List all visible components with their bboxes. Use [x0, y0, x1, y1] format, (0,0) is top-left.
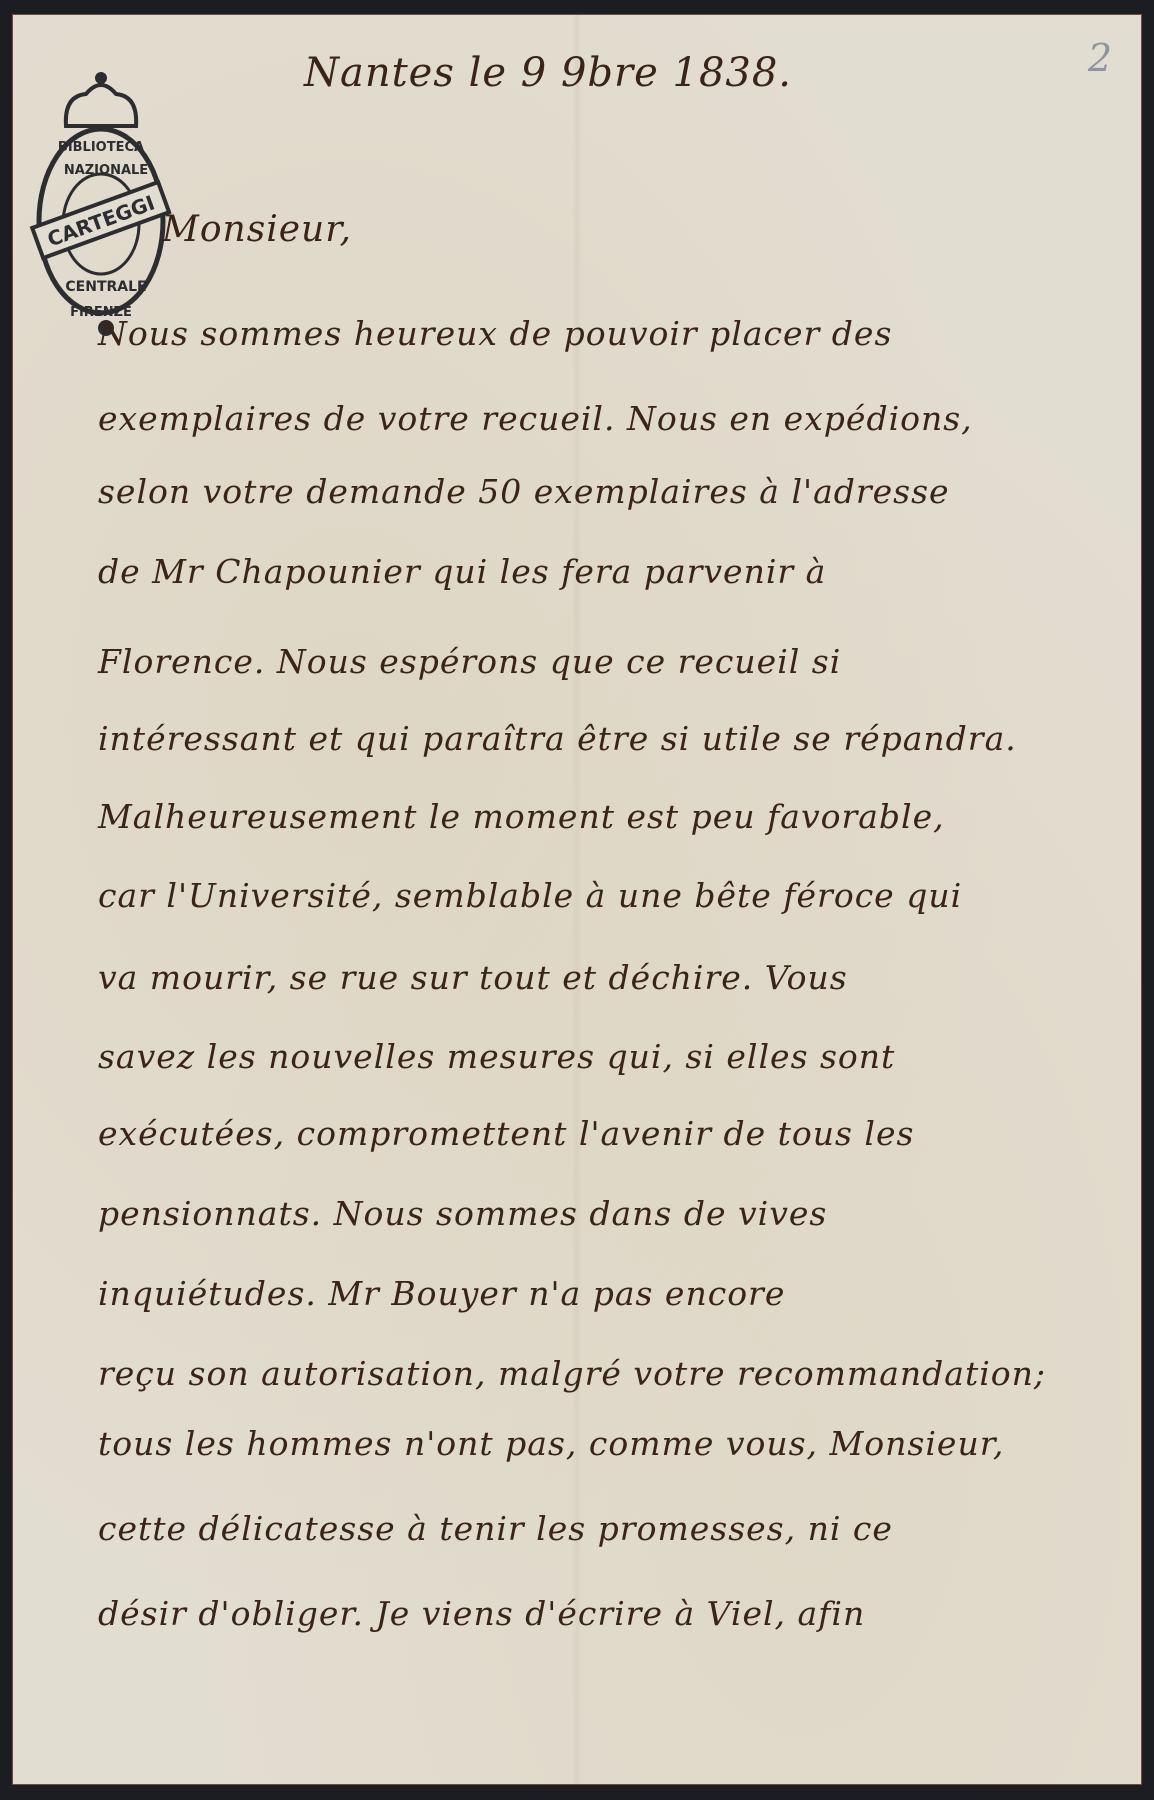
- letter-line: intéressant et qui paraîtra être si util…: [98, 719, 1017, 758]
- page-number: 2: [1088, 36, 1112, 80]
- letter-line: exemplaires de votre recueil. Nous en ex…: [98, 399, 973, 438]
- library-stamp: CARTEGGI BIBLIOTECA NAZIONALE CENTRALE F…: [26, 66, 176, 336]
- letter-line: tous les hommes n'ont pas, comme vous, M…: [98, 1424, 1004, 1463]
- letter-line: savez les nouvelles mesures qui, si elle…: [98, 1037, 895, 1076]
- letter-dateline: Nantes le 9 9bre 1838.: [304, 50, 792, 96]
- letter-line: Malheureusement le moment est peu favora…: [98, 797, 945, 836]
- letter-line: selon votre demande 50 exemplaires à l'a…: [98, 472, 950, 511]
- svg-text:NAZIONALE: NAZIONALE: [64, 163, 148, 178]
- letter-line: va mourir, se rue sur tout et déchire. V…: [98, 958, 848, 997]
- letter-line: reçu son autorisation, malgré votre reco…: [98, 1354, 1046, 1393]
- letter-line: exécutées, compromettent l'avenir de tou…: [98, 1114, 914, 1153]
- letter-line: pensionnats. Nous sommes dans de vives: [98, 1194, 827, 1233]
- crown-seal-icon: CARTEGGI BIBLIOTECA NAZIONALE CENTRALE F…: [26, 66, 176, 336]
- svg-text:BIBLIOTECA: BIBLIOTECA: [58, 140, 144, 155]
- letter-line: de Mr Chapounier qui les fera parvenir à: [98, 552, 826, 591]
- letter-line: inquiétudes. Mr Bouyer n'a pas encore: [98, 1274, 785, 1313]
- letter-line: désir d'obliger. Je viens d'écrire à Vie…: [98, 1594, 865, 1633]
- svg-text:CENTRALE: CENTRALE: [65, 279, 146, 295]
- letter-line: cette délicatesse à tenir les promesses,…: [98, 1509, 893, 1548]
- letter-line: Florence. Nous espérons que ce recueil s…: [98, 642, 841, 681]
- letter-line: Nous sommes heureux de pouvoir placer de…: [98, 314, 892, 353]
- letter-salutation: Monsieur,: [162, 209, 352, 250]
- letter-line: car l'Université, semblable à une bête f…: [98, 876, 962, 915]
- letter-page: 2 CARTEGGI BIBLIOTECA NAZIONALE CENTRALE…: [12, 14, 1142, 1785]
